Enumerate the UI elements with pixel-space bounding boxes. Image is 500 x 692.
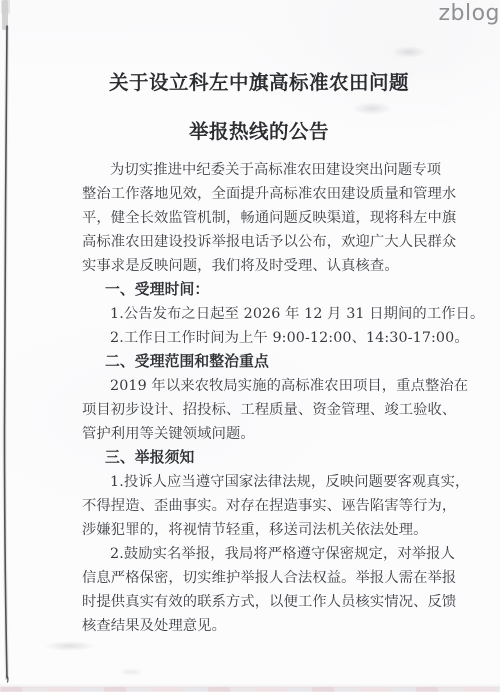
scan-smudge xyxy=(118,668,144,676)
document-title-line1: 关于设立科左中旗高标准农田问题 xyxy=(0,67,500,95)
section-heading: 三、举报须知 xyxy=(82,446,454,470)
text-line: 不得捏造、歪曲事实。对存在捏造事实、诬告陷害等行为， xyxy=(82,494,454,518)
text-line: 为切实推进中纪委关于高标准农田建设突出问题专项 xyxy=(82,158,454,182)
scan-smudge xyxy=(352,102,392,115)
text-line: 高标准农田建设投诉举报电话予以公布，欢迎广大人民群众 xyxy=(82,230,454,254)
section-heading: 一、受理时间： xyxy=(82,278,454,302)
scan-smudge xyxy=(392,46,426,58)
section-heading: 二、受理范围和整治重点 xyxy=(82,350,454,374)
scanned-document-page: zblog 关于设立科左中旗高标准农田问题 举报热线的公告 为切实推进中纪委关于… xyxy=(0,0,500,692)
text-line: 信息严格保密，切实维护举报人合法权益。举报人需在举报 xyxy=(82,566,454,590)
text-line: 1.公告发布之日起至 2026 年 12 月 31 日期间的工作日。 xyxy=(82,302,454,326)
text-line: 整治工作落地见效，全面提升高标准农田建设质量和管理水 xyxy=(82,182,454,206)
watermark-zblog: zblog xyxy=(438,3,500,25)
text-line: 实事求是反映问题，我们将及时受理、认真核查。 xyxy=(82,254,454,278)
text-line: 平，健全长效监管机制，畅通问题反映渠道，现将科左中旗 xyxy=(82,206,454,230)
text-line: 2019 年以来农牧局实施的高标准农田项目，重点整治在 xyxy=(82,374,454,398)
text-line: 1.投诉人应当遵守国家法律法规，反映问题要客观真实， xyxy=(82,470,454,494)
text-line: 2.工作日工作时间为上午 9:00-12:00、14:30-17:00。 xyxy=(82,326,454,350)
document-title-line2: 举报热线的公告 xyxy=(0,116,500,144)
text-line: 涉嫌犯罪的，将视情节轻重，移送司法机关依法处理。 xyxy=(82,518,454,542)
text-line: 2.鼓励实名举报，我局将严格遵守保密规定，对举报人 xyxy=(82,542,454,566)
text-line: 管护利用等关键领域问题。 xyxy=(82,422,454,446)
scan-bottom-artifact xyxy=(0,687,500,692)
document-body: 为切实推进中纪委关于高标准农田建设突出问题专项整治工作落地见效，全面提升高标准农… xyxy=(82,158,454,638)
text-line: 项目初步设计、招投标、工程质量、资金管理、竣工验收、 xyxy=(82,398,454,422)
scan-smudge xyxy=(44,641,96,651)
text-line: 核查结果及处理意见。 xyxy=(82,614,454,638)
text-line: 时提供真实有效的联系方式，以便工作人员核实情况、反馈 xyxy=(82,590,454,614)
